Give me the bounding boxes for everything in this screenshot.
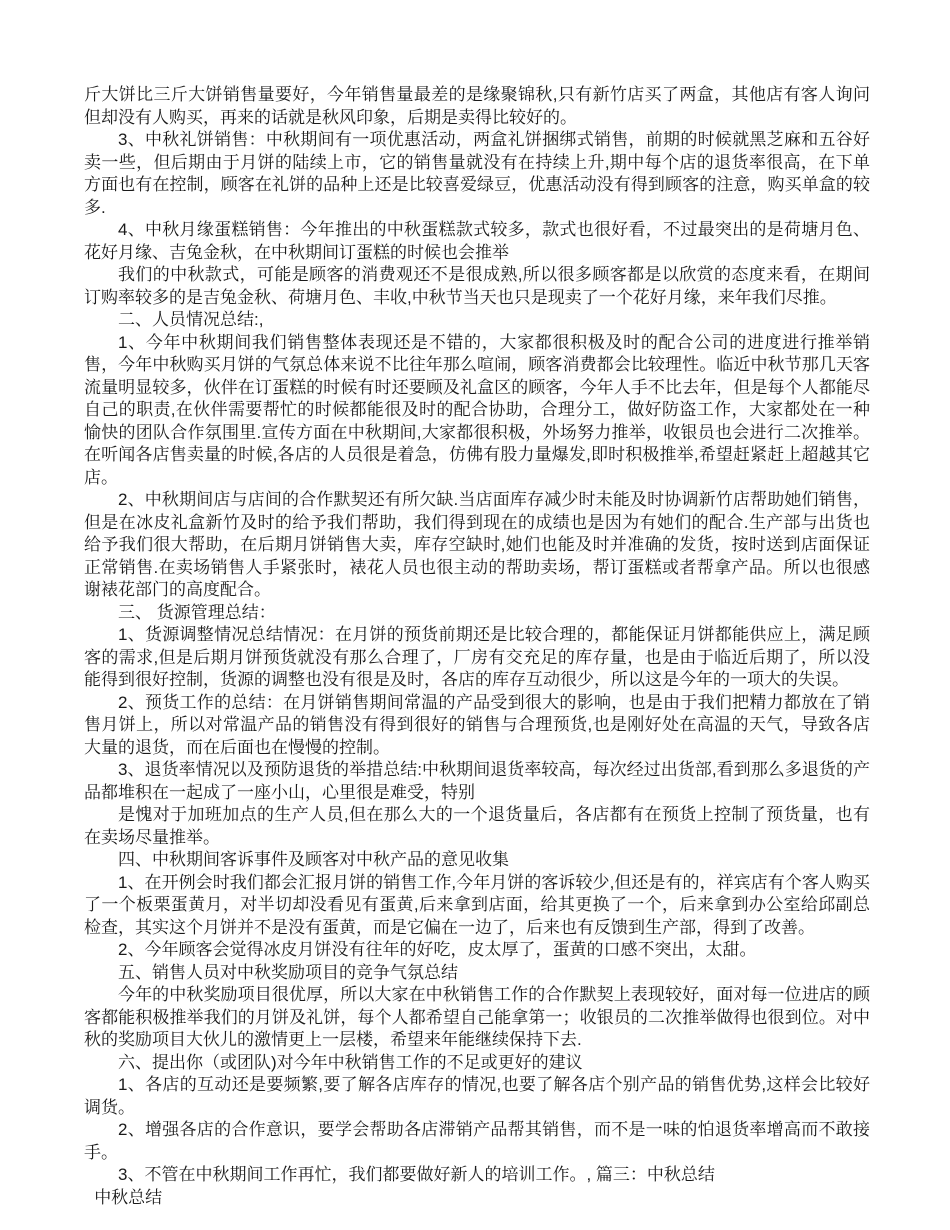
document-text-body: 斤大饼比三斤大饼销售量要好，今年销售量最差的是缘聚锦秋,只有新竹店买了两盒，其他…: [84, 84, 870, 1209]
paragraph: 2、预货工作的总结：在月饼销售期间常温的产品受到很大的影响，也是由于我们把精力都…: [84, 692, 870, 760]
paragraph: 1、货源调整情况总结情况：在月饼的预货前期还是比较合理的，都能保证月饼都能供应上…: [84, 624, 870, 692]
section-heading-2: 二、人员情况总结:,: [84, 309, 870, 332]
paragraph: 2、增强各店的合作意识，要学会帮助各店滞销产品帮其销售，而不是一味的怕退货率增高…: [84, 1119, 870, 1164]
paragraph: 斤大饼比三斤大饼销售量要好，今年销售量最差的是缘聚锦秋,只有新竹店买了两盒，其他…: [84, 84, 870, 129]
paragraph: 2、中秋期间店与店间的合作默契还有所欠缺.当店面库存减少时未能及时协调新竹店帮助…: [84, 489, 870, 602]
paragraph: 4、中秋月缘蛋糕销售：今年推出的中秋蛋糕款式较多，款式也很好看，不过最突出的是荷…: [84, 219, 870, 264]
paragraph: 1、今年中秋期间我们销售整体表现还是不错的，大家都很积极及时的配合公司的进度进行…: [84, 332, 870, 490]
section-heading-5: 五、销售人员对中秋奖励项目的竞争气氛总结: [84, 962, 870, 985]
paragraph: 2、今年顾客会觉得冰皮月饼没有往年的好吃，皮太厚了，蛋黄的口感不突出，太甜。: [84, 939, 870, 962]
paragraph: 1、各店的互动还是要频繁,要了解各店库存的情况,也要了解各店个别产品的销售优势,…: [84, 1074, 870, 1119]
document-subtitle: 中秋总结: [84, 1187, 870, 1210]
paragraph: 今年的中秋奖励项目很优厚，所以大家在中秋销售工作的合作默契上表现较好，面对每一位…: [84, 984, 870, 1052]
paragraph: 是愧对于加班加点的生产人员,但在那么大的一个退货量后，各店都有在预货上控制了预货…: [84, 804, 870, 849]
section-heading-4: 四、中秋期间客诉事件及顾客对中秋产品的意见收集: [84, 849, 870, 872]
paragraph: 3、退货率情况以及预防退货的举措总结:中秋期间退货率较高，每次经过出货部,看到那…: [84, 759, 870, 804]
section-heading-3: 三、 货源管理总结：: [84, 602, 870, 625]
document-page: 斤大饼比三斤大饼销售量要好，今年销售量最差的是缘聚锦秋,只有新竹店买了两盒，其他…: [0, 0, 950, 1230]
paragraph: 我们的中秋款式，可能是顾客的消费观还不是很成熟,所以很多顾客都是以欣赏的态度来看…: [84, 264, 870, 309]
paragraph: 1、在开例会时我们都会汇报月饼的销售工作,今年月饼的客诉较少,但还是有的，祥宾店…: [84, 872, 870, 940]
section-heading-6: 六、提出你（或团队)对今年中秋销售工作的不足或更好的建议: [84, 1052, 870, 1075]
paragraph: 3、中秋礼饼销售：中秋期间有一项优惠活动，两盒礼饼捆绑式销售，前期的时候就黑芝麻…: [84, 129, 870, 219]
paragraph: 3、不管在中秋期间工作再忙，我们都要做好新人的培训工作。, 篇三：中秋总结: [84, 1164, 870, 1187]
